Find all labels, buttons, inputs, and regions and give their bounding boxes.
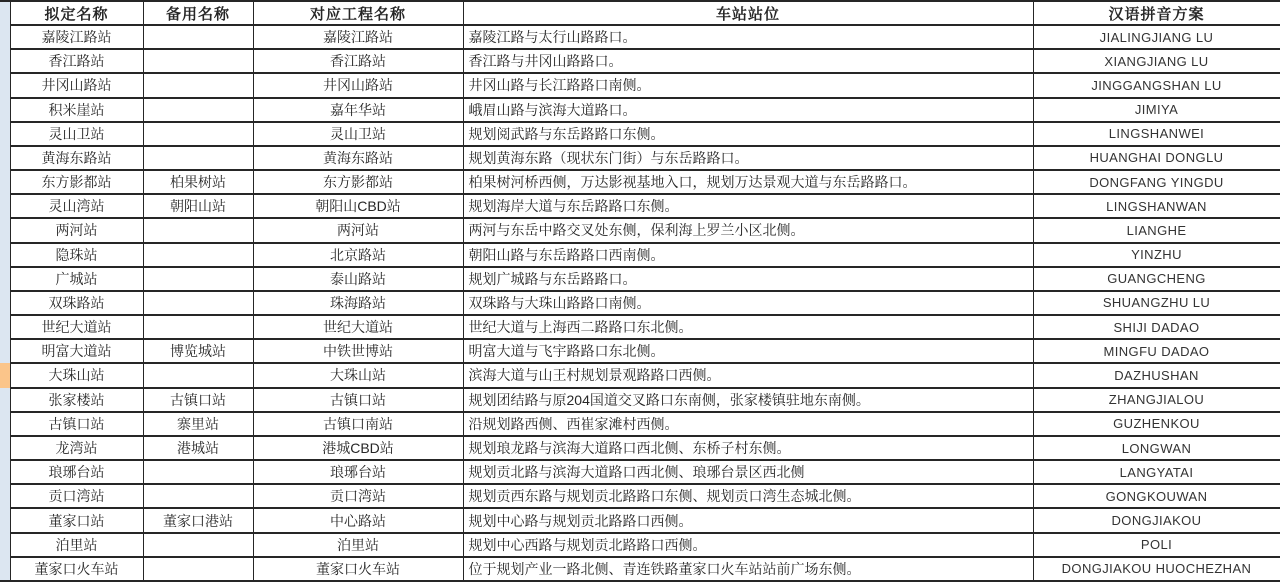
cell-alternate-name: 柏果树站 <box>143 170 253 194</box>
cell-proposed-name: 龙湾站 <box>10 436 143 460</box>
cell-project-name: 嘉陵江路站 <box>253 25 463 49</box>
row-marker <box>0 146 10 170</box>
cell-alternate-name <box>143 363 253 387</box>
row-marker <box>0 267 10 291</box>
cell-project-name: 古镇口站 <box>253 388 463 412</box>
cell-pinyin: GUANGCHENG <box>1033 267 1280 291</box>
cell-pinyin: DONGFANG YINGDU <box>1033 170 1280 194</box>
cell-pinyin: GONGKOUWAN <box>1033 484 1280 508</box>
table-row: 张家楼站古镇口站古镇口站规划团结路与原204国道交叉路口东南侧，张家楼镇驻地东南… <box>0 388 1280 412</box>
cell-station-location: 规划团结路与原204国道交叉路口东南侧，张家楼镇驻地东南侧。 <box>463 388 1033 412</box>
cell-project-name: 嘉年华站 <box>253 98 463 122</box>
table-row: 东方影都站柏果树站东方影都站柏果树河桥西侧，万达影视基地入口，规划万达景观大道与… <box>0 170 1280 194</box>
cell-station-location: 规划琅龙路与滨海大道路口西北侧、东桥子村东侧。 <box>463 436 1033 460</box>
cell-proposed-name: 张家楼站 <box>10 388 143 412</box>
cell-alternate-name <box>143 98 253 122</box>
cell-project-name: 琅琊台站 <box>253 460 463 484</box>
cell-proposed-name: 世纪大道站 <box>10 315 143 339</box>
cell-pinyin: JIMIYA <box>1033 98 1280 122</box>
row-highlight-marker <box>0 363 10 387</box>
cell-station-location: 位于规划产业一路北侧、青连铁路董家口火车站站前广场东侧。 <box>463 557 1033 581</box>
cell-alternate-name <box>143 122 253 146</box>
cell-station-location: 峨眉山路与滨海大道路口。 <box>463 98 1033 122</box>
cell-pinyin: LONGWAN <box>1033 436 1280 460</box>
cell-project-name: 井冈山路站 <box>253 73 463 97</box>
header-row: 拟定名称 备用名称 对应工程名称 车站站位 汉语拼音方案 <box>0 1 1280 25</box>
cell-pinyin: GUZHENKOU <box>1033 412 1280 436</box>
cell-project-name: 两河站 <box>253 218 463 242</box>
cell-pinyin: HUANGHAI DONGLU <box>1033 146 1280 170</box>
cell-project-name: 贡口湾站 <box>253 484 463 508</box>
row-marker <box>0 315 10 339</box>
row-marker <box>0 25 10 49</box>
cell-proposed-name: 灵山卫站 <box>10 122 143 146</box>
table-row: 嘉陵江路站嘉陵江路站嘉陵江路与太行山路路口。JIALINGJIANG LU <box>0 25 1280 49</box>
table-row: 世纪大道站世纪大道站世纪大道与上海西二路路口东北侧。SHIJI DADAO <box>0 315 1280 339</box>
cell-proposed-name: 广城站 <box>10 267 143 291</box>
cell-proposed-name: 董家口站 <box>10 508 143 532</box>
row-marker <box>0 508 10 532</box>
cell-project-name: 黄海东路站 <box>253 146 463 170</box>
cell-project-name: 北京路站 <box>253 243 463 267</box>
cell-alternate-name <box>143 146 253 170</box>
cell-station-location: 香江路与井冈山路路口。 <box>463 49 1033 73</box>
cell-alternate-name <box>143 73 253 97</box>
cell-pinyin: DAZHUSHAN <box>1033 363 1280 387</box>
col-header-alternate-name: 备用名称 <box>143 1 253 25</box>
table-row: 大珠山站大珠山站滨海大道与山王村规划景观路路口西侧。DAZHUSHAN <box>0 363 1280 387</box>
cell-station-location: 规划中心路与规划贡北路路口西侧。 <box>463 508 1033 532</box>
table-row: 隐珠站北京路站朝阳山路与东岳路路口西南侧。YINZHU <box>0 243 1280 267</box>
cell-proposed-name: 古镇口站 <box>10 412 143 436</box>
cell-station-location: 沿规划路西侧、西崔家滩村西侧。 <box>463 412 1033 436</box>
cell-pinyin: MINGFU DADAO <box>1033 339 1280 363</box>
table-row: 琅琊台站琅琊台站规划贡北路与滨海大道路口西北侧、琅琊台景区西北侧LANGYATA… <box>0 460 1280 484</box>
row-marker <box>0 122 10 146</box>
cell-station-location: 双珠路与大珠山路路口南侧。 <box>463 291 1033 315</box>
cell-project-name: 珠海路站 <box>253 291 463 315</box>
row-marker <box>0 533 10 557</box>
cell-station-location: 规划贡北路与滨海大道路口西北侧、琅琊台景区西北侧 <box>463 460 1033 484</box>
cell-station-location: 规划贡西东路与规划贡北路路口东侧、规划贡口湾生态城北侧。 <box>463 484 1033 508</box>
cell-station-location: 滨海大道与山王村规划景观路路口西侧。 <box>463 363 1033 387</box>
row-marker <box>0 436 10 460</box>
col-header-proposed-name: 拟定名称 <box>10 1 143 25</box>
cell-proposed-name: 黄海东路站 <box>10 146 143 170</box>
cell-project-name: 董家口火车站 <box>253 557 463 581</box>
row-marker <box>0 218 10 242</box>
row-marker <box>0 484 10 508</box>
cell-station-location: 井冈山路与长江路路口南侧。 <box>463 73 1033 97</box>
row-marker <box>0 73 10 97</box>
cell-pinyin: LIANGHE <box>1033 218 1280 242</box>
cell-alternate-name <box>143 243 253 267</box>
cell-project-name: 泊里站 <box>253 533 463 557</box>
cell-proposed-name: 董家口火车站 <box>10 557 143 581</box>
row-marker <box>0 412 10 436</box>
cell-station-location: 规划广城路与东岳路路口。 <box>463 267 1033 291</box>
cell-alternate-name <box>143 291 253 315</box>
col-header-station-location: 车站站位 <box>463 1 1033 25</box>
cell-project-name: 世纪大道站 <box>253 315 463 339</box>
cell-pinyin: JINGGANGSHAN LU <box>1033 73 1280 97</box>
cell-alternate-name: 董家口港站 <box>143 508 253 532</box>
cell-station-location: 柏果树河桥西侧，万达影视基地入口，规划万达景观大道与东岳路路口。 <box>463 170 1033 194</box>
cell-alternate-name <box>143 460 253 484</box>
cell-proposed-name: 泊里站 <box>10 533 143 557</box>
table-row: 龙湾站港城站港城CBD站规划琅龙路与滨海大道路口西北侧、东桥子村东侧。LONGW… <box>0 436 1280 460</box>
table-row: 广城站泰山路站规划广城路与东岳路路口。GUANGCHENG <box>0 267 1280 291</box>
cell-station-location: 规划阅武路与东岳路路口东侧。 <box>463 122 1033 146</box>
cell-pinyin: YINZHU <box>1033 243 1280 267</box>
cell-alternate-name <box>143 218 253 242</box>
station-naming-table: 拟定名称 备用名称 对应工程名称 车站站位 汉语拼音方案 嘉陵江路站嘉陵江路站嘉… <box>0 0 1280 582</box>
row-marker <box>0 170 10 194</box>
cell-station-location: 两河与东岳中路交叉处东侧，保利海上罗兰小区北侧。 <box>463 218 1033 242</box>
cell-alternate-name: 朝阳山站 <box>143 194 253 218</box>
cell-alternate-name: 港城站 <box>143 436 253 460</box>
cell-pinyin: SHIJI DADAO <box>1033 315 1280 339</box>
cell-station-location: 世纪大道与上海西二路路口东北侧。 <box>463 315 1033 339</box>
cell-proposed-name: 两河站 <box>10 218 143 242</box>
cell-project-name: 中心路站 <box>253 508 463 532</box>
cell-station-location: 规划中心西路与规划贡北路路口西侧。 <box>463 533 1033 557</box>
table-row: 古镇口站寨里站古镇口南站沿规划路西侧、西崔家滩村西侧。GUZHENKOU <box>0 412 1280 436</box>
cell-alternate-name <box>143 25 253 49</box>
row-marker <box>0 460 10 484</box>
cell-alternate-name <box>143 533 253 557</box>
cell-proposed-name: 琅琊台站 <box>10 460 143 484</box>
cell-pinyin: SHUANGZHU LU <box>1033 291 1280 315</box>
cell-alternate-name <box>143 49 253 73</box>
cell-project-name: 香江路站 <box>253 49 463 73</box>
cell-proposed-name: 隐珠站 <box>10 243 143 267</box>
cell-alternate-name: 古镇口站 <box>143 388 253 412</box>
cell-station-location: 规划海岸大道与东岳路路口东侧。 <box>463 194 1033 218</box>
cell-pinyin: LINGSHANWAN <box>1033 194 1280 218</box>
cell-proposed-name: 东方影都站 <box>10 170 143 194</box>
row-marker <box>0 291 10 315</box>
row-marker <box>0 339 10 363</box>
cell-project-name: 大珠山站 <box>253 363 463 387</box>
cell-project-name: 朝阳山CBD站 <box>253 194 463 218</box>
cell-alternate-name <box>143 484 253 508</box>
table-row: 明富大道站博览城站中铁世博站明富大道与飞宇路路口东北侧。MINGFU DADAO <box>0 339 1280 363</box>
table-row: 香江路站香江路站香江路与井冈山路路口。XIANGJIANG LU <box>0 49 1280 73</box>
cell-station-location: 规划黄海东路（现状东门街）与东岳路路口。 <box>463 146 1033 170</box>
cell-proposed-name: 嘉陵江路站 <box>10 25 143 49</box>
table-row: 泊里站泊里站规划中心西路与规划贡北路路口西侧。POLI <box>0 533 1280 557</box>
table-row: 积米崖站嘉年华站峨眉山路与滨海大道路口。JIMIYA <box>0 98 1280 122</box>
cell-proposed-name: 贡口湾站 <box>10 484 143 508</box>
cell-proposed-name: 积米崖站 <box>10 98 143 122</box>
cell-pinyin: DONGJIAKOU <box>1033 508 1280 532</box>
cell-station-location: 明富大道与飞宇路路口东北侧。 <box>463 339 1033 363</box>
station-table-body: 嘉陵江路站嘉陵江路站嘉陵江路与太行山路路口。JIALINGJIANG LU香江路… <box>0 25 1280 581</box>
cell-proposed-name: 明富大道站 <box>10 339 143 363</box>
table-row: 黄海东路站黄海东路站规划黄海东路（现状东门街）与东岳路路口。HUANGHAI D… <box>0 146 1280 170</box>
cell-station-location: 朝阳山路与东岳路路口西南侧。 <box>463 243 1033 267</box>
cell-station-location: 嘉陵江路与太行山路路口。 <box>463 25 1033 49</box>
cell-project-name: 东方影都站 <box>253 170 463 194</box>
cell-proposed-name: 双珠路站 <box>10 291 143 315</box>
cell-pinyin: ZHANGJIALOU <box>1033 388 1280 412</box>
cell-pinyin: XIANGJIANG LU <box>1033 49 1280 73</box>
row-marker <box>0 194 10 218</box>
cell-project-name: 港城CBD站 <box>253 436 463 460</box>
cell-pinyin: JIALINGJIANG LU <box>1033 25 1280 49</box>
cell-pinyin: DONGJIAKOU HUOCHEZHAN <box>1033 557 1280 581</box>
cell-project-name: 灵山卫站 <box>253 122 463 146</box>
cell-alternate-name <box>143 267 253 291</box>
row-marker <box>0 388 10 412</box>
table-row: 董家口站董家口港站中心路站规划中心路与规划贡北路路口西侧。DONGJIAKOU <box>0 508 1280 532</box>
row-marker <box>0 557 10 581</box>
row-marker <box>0 243 10 267</box>
cell-alternate-name <box>143 557 253 581</box>
col-header-project-name: 对应工程名称 <box>253 1 463 25</box>
cell-alternate-name <box>143 315 253 339</box>
cell-proposed-name: 井冈山路站 <box>10 73 143 97</box>
cell-proposed-name: 灵山湾站 <box>10 194 143 218</box>
table-row: 贡口湾站贡口湾站规划贡西东路与规划贡北路路口东侧、规划贡口湾生态城北侧。GONG… <box>0 484 1280 508</box>
cell-alternate-name: 寨里站 <box>143 412 253 436</box>
col-header-pinyin-scheme: 汉语拼音方案 <box>1033 1 1280 25</box>
table-row: 双珠路站珠海路站双珠路与大珠山路路口南侧。SHUANGZHU LU <box>0 291 1280 315</box>
cell-proposed-name: 大珠山站 <box>10 363 143 387</box>
table-row: 灵山卫站灵山卫站规划阅武路与东岳路路口东侧。LINGSHANWEI <box>0 122 1280 146</box>
table-row: 董家口火车站董家口火车站位于规划产业一路北侧、青连铁路董家口火车站站前广场东侧。… <box>0 557 1280 581</box>
cell-alternate-name: 博览城站 <box>143 339 253 363</box>
cell-proposed-name: 香江路站 <box>10 49 143 73</box>
header-marker-strip <box>0 1 10 25</box>
row-marker <box>0 49 10 73</box>
cell-pinyin: LANGYATAI <box>1033 460 1280 484</box>
cell-project-name: 泰山路站 <box>253 267 463 291</box>
table-row: 井冈山路站井冈山路站井冈山路与长江路路口南侧。JINGGANGSHAN LU <box>0 73 1280 97</box>
cell-project-name: 古镇口南站 <box>253 412 463 436</box>
cell-project-name: 中铁世博站 <box>253 339 463 363</box>
cell-pinyin: LINGSHANWEI <box>1033 122 1280 146</box>
table-row: 灵山湾站朝阳山站朝阳山CBD站规划海岸大道与东岳路路口东侧。LINGSHANWA… <box>0 194 1280 218</box>
table-row: 两河站两河站两河与东岳中路交叉处东侧，保利海上罗兰小区北侧。LIANGHE <box>0 218 1280 242</box>
row-marker <box>0 98 10 122</box>
cell-pinyin: POLI <box>1033 533 1280 557</box>
